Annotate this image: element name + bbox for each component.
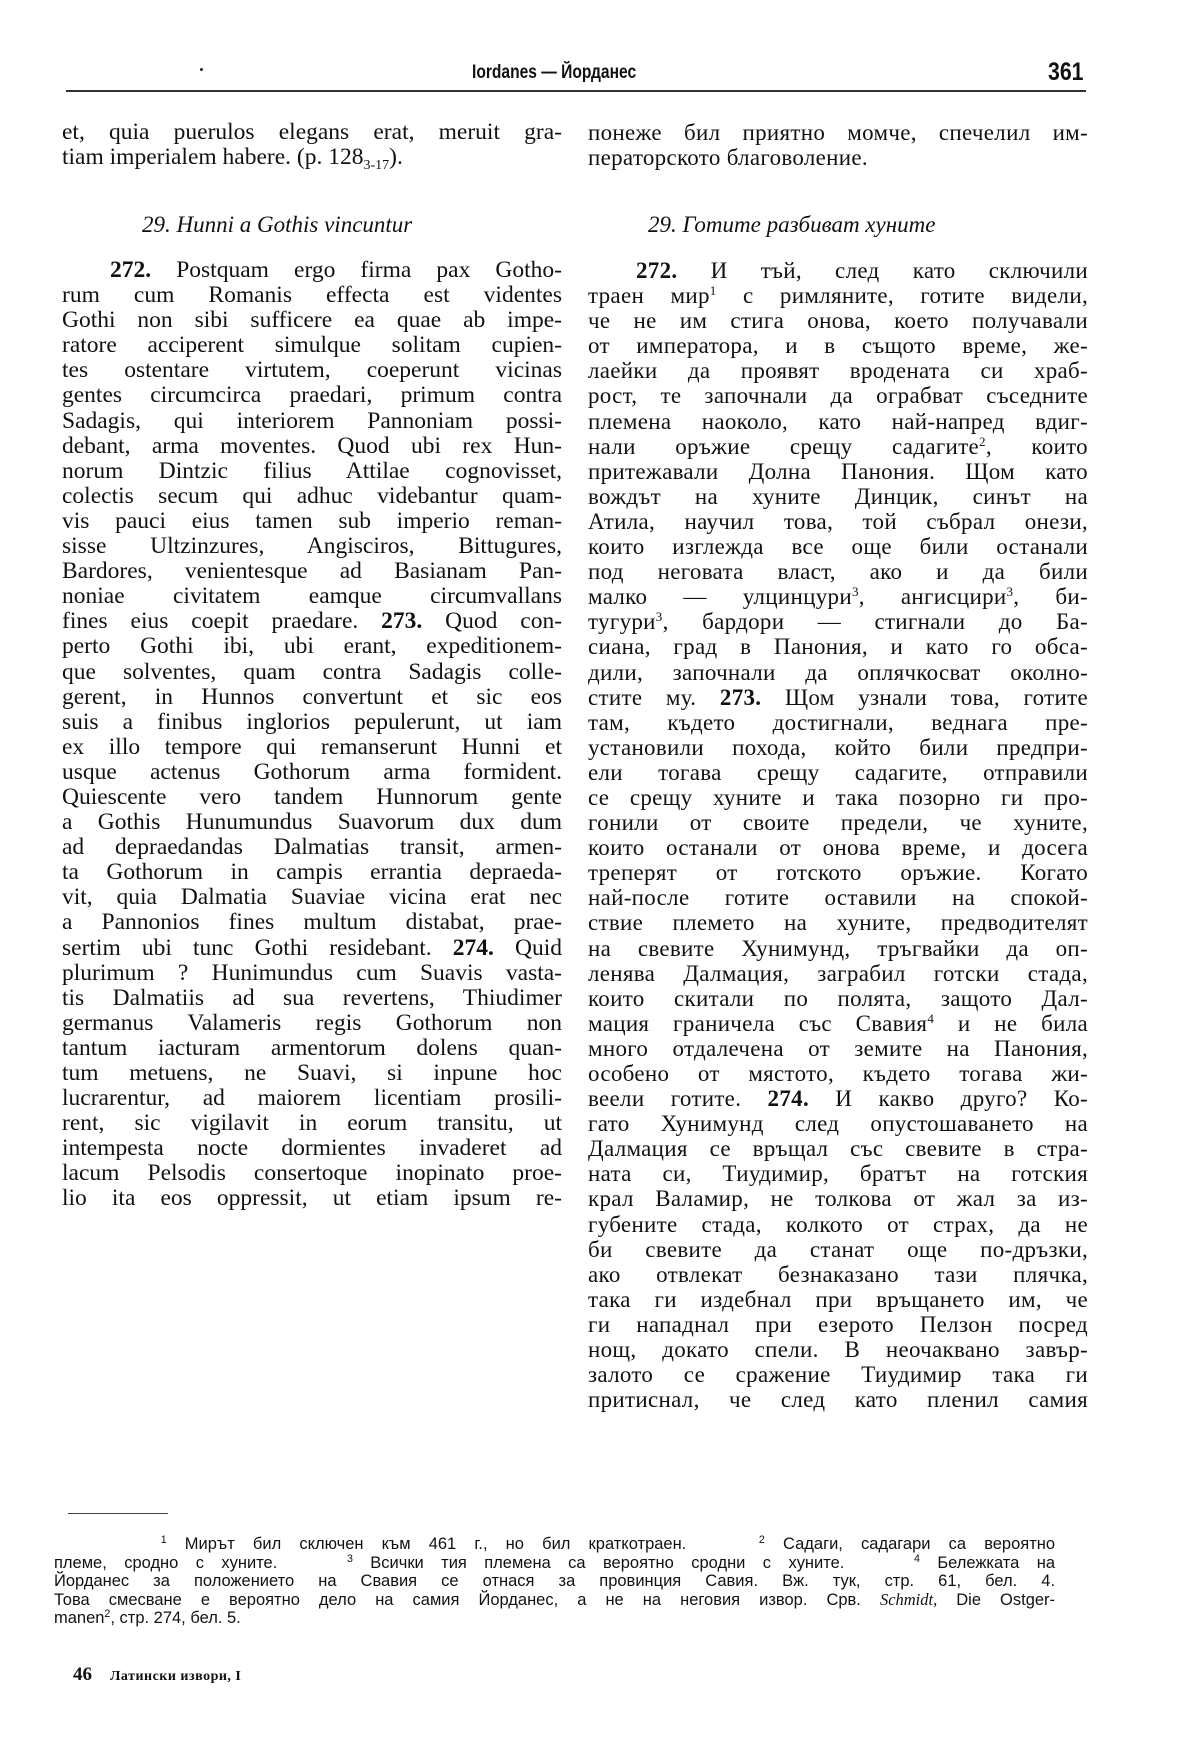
- paragraph-number: 273.: [720, 685, 761, 710]
- text-line: така ги издебнал при връщането им, че: [588, 1287, 1088, 1312]
- section-heading-latin: 29. Hunni a Gothis vincuntur: [142, 212, 412, 238]
- paragraph-number: 273.: [381, 608, 422, 634]
- text-line: вождът на хуните Динцик, синът на: [588, 484, 1088, 509]
- page-subscript: 3-17: [363, 158, 389, 173]
- text-line: траен мир1 с римляните, готите видели,: [588, 283, 1088, 308]
- text-line: tantum iacturam armentorum dolens quan-: [62, 1036, 562, 1061]
- text-line: ленява Далмация, заграбил готски стада,: [588, 961, 1088, 986]
- text-line: tes ostentare virtutem, coeperunt vicina…: [62, 358, 562, 383]
- text-line: веели готите. 274. И какво друго? Ко-: [588, 1086, 1088, 1111]
- text-line: ratore acciperent simulque solitam cupie…: [62, 333, 562, 358]
- text-line: особено от мястото, където тогава жи-: [588, 1061, 1088, 1086]
- text-line: lio ita eos oppressit, ut etiam ipsum re…: [62, 1186, 562, 1211]
- footnote-ref[interactable]: 1: [710, 283, 717, 298]
- text-line: които останали от онова време, и досега: [588, 835, 1088, 860]
- footnote-line: Йорданес за положението на Свавия се отн…: [54, 1572, 1055, 1591]
- text-line: се срещу хуните и така позорно ги про-: [588, 785, 1088, 810]
- text-line: малко — улцинцури3, ангисцири3, би-: [588, 584, 1088, 609]
- text-line: ната си, Тиудимир, братът на готския: [588, 1161, 1088, 1186]
- text-line: intempesta nocte dormientes invaderet ad: [62, 1136, 562, 1161]
- text-line: plurimum ? Hunimundus cum Suavis vasta-: [62, 961, 562, 986]
- text-line: tum metuens, ne Suavi, si inpune hoc: [62, 1061, 562, 1086]
- page-number: 361: [1048, 58, 1083, 87]
- printer-signature: 46 Латински извори, I: [73, 1664, 241, 1686]
- text-line: нощ, докато спели. В неочаквано завър-: [588, 1337, 1088, 1362]
- text-line: ствие племето на хуните, предводителят: [588, 910, 1088, 935]
- text-line: установили похода, който били предпри-: [588, 735, 1088, 760]
- text-line: norum Dintzic filius Attilae cognovisset…: [62, 459, 562, 484]
- text-line: gerent, in Hunnos convertunt et sic eos: [62, 685, 562, 710]
- text-line: Sadagis, qui interiorem Pannoniam possi-: [62, 409, 562, 434]
- footnote-ref[interactable]: 2: [979, 434, 986, 449]
- text-line: губените стада, колкото от страх, да не: [588, 1212, 1088, 1237]
- text-line: мация граничела със Свавия4 и не била: [588, 1011, 1088, 1036]
- paragraph-number: 272.: [110, 257, 151, 283]
- footnote-line: manen2, стр. 274, бел. 5.: [54, 1609, 1055, 1628]
- text-line: ели тогава срещу садагите, отправили: [588, 760, 1088, 785]
- text-line: треперят от готското оръжие. Когато: [588, 860, 1088, 885]
- text-line: залото се сражение Тиудимир така ги: [588, 1362, 1088, 1387]
- latin-body: 272. Postquam ergo firma pax Gotho- rum …: [62, 258, 562, 1212]
- cited-author: Schmidt,: [880, 1590, 937, 1609]
- text-line: на свевите Хунимунд, тръгвайки да оп-: [588, 936, 1088, 961]
- text-line: lacum Pelsodis consertoque inopinato pro…: [62, 1161, 562, 1186]
- text-line: Gothi non sibi sufficere ea quae ab impe…: [62, 308, 562, 333]
- text-line: debant, arma moventes. Quod ubi rex Hun-: [62, 434, 562, 459]
- section-heading-bulgarian: 29. Готите разбиват хуните: [648, 212, 935, 238]
- text-line: племена наоколо, като най-напред вдиг-: [588, 409, 1088, 434]
- signature-title: Латински извори, I: [110, 1669, 241, 1684]
- text-line: че не им стига онова, което получавали: [588, 308, 1088, 333]
- text-line: дили, започнали да оплячкосват околно-: [588, 660, 1088, 685]
- text-line: Далмация се връщал със свевите в стра-: [588, 1136, 1088, 1161]
- footnote-ref[interactable]: 3: [656, 609, 663, 624]
- text-line: sisse Ultzinzures, Angisciros, Bittugure…: [62, 534, 562, 559]
- text-line: ги нападнал при езерото Пелзон посред: [588, 1312, 1088, 1337]
- text-line: colectis secum qui adhuc videbantur quam…: [62, 484, 562, 509]
- text-line: много отдалечена от земите на Панония,: [588, 1036, 1088, 1061]
- text-line: sertim ubi tunc Gothi residebant. 274. Q…: [62, 936, 562, 961]
- text-line: сиана, град в Панония, и като го обса-: [588, 634, 1088, 659]
- text-line: fines eius coepit praedare. 273. Quod co…: [62, 609, 562, 634]
- text-line: притежавали Долна Панония. Щом като: [588, 459, 1088, 484]
- text-line: 272. И тъй, след като сключили: [588, 258, 1088, 283]
- text-line: които скитали по полята, защото Дал-: [588, 986, 1088, 1011]
- text-line: Quiescente vero tandem Hunnorum gente: [62, 785, 562, 810]
- print-speck: [200, 68, 203, 71]
- bulgarian-body: 272. И тъй, след като сключили траен мир…: [588, 258, 1088, 1412]
- text-line: стите му. 273. Щом узнали това, готите: [588, 685, 1088, 710]
- paragraph-number: 274.: [768, 1086, 809, 1111]
- running-head-title: Iordanes — Йорданес: [472, 62, 636, 84]
- text-line: noniae civitatem eamque circumvallans: [62, 584, 562, 609]
- text-line: ta Gothorum in campis errantia depraeda-: [62, 860, 562, 885]
- text-line: que solventes, quam contra Sadagis colle…: [62, 660, 562, 685]
- bulgarian-continuation: понеже бил приятно момче, спечелил им- п…: [588, 120, 1088, 170]
- text-line: vis pauci eius tamen sub imperio reman-: [62, 509, 562, 534]
- text-line: perto Gothi ibi, ubi erant, expeditionem…: [62, 634, 562, 659]
- text-line: rent, sic vigilavit in eorum transitu, u…: [62, 1111, 562, 1136]
- book-page: Iordanes — Йорданес 361 et, quia puerulo…: [0, 0, 1200, 1738]
- text-line: usque actenus Gothorum arma formident.: [62, 760, 562, 785]
- text-line: гонили от своите предели, че хуните,: [588, 810, 1088, 835]
- signature-number: 46: [73, 1664, 92, 1685]
- text-line: тугури3, бардори — стигнали до Ба-: [588, 609, 1088, 634]
- paragraph-number: 272.: [636, 258, 677, 283]
- footnote-ref[interactable]: 3: [852, 584, 859, 599]
- text-line: gentes circumcirca praedari, primum cont…: [62, 383, 562, 408]
- footnotes: 1 Мирът бил сключен към 461 г., но бил к…: [54, 1535, 1055, 1628]
- footnote-line: Това смесване е вероятно дело на самия Й…: [54, 1591, 1055, 1610]
- latin-continuation: et, quia puerulos elegans erat, meruit g…: [62, 120, 562, 170]
- text-line: et, quia puerulos elegans erat, meruit g…: [62, 120, 562, 145]
- text-line: крал Валамир, не толкова от жал за из-: [588, 1186, 1088, 1211]
- text-line: рост, те започнали да ограбват съседните: [588, 383, 1088, 408]
- footnote-line: 1 Мирът бил сключен към 461 г., но бил к…: [54, 1535, 1055, 1554]
- text-line: Атила, научил това, той събрал онези,: [588, 509, 1088, 534]
- text-line: лаейки да проявят вродената си храб-: [588, 358, 1088, 383]
- text-line: tiam imperialem habere. (p. 1283-17).: [62, 145, 562, 170]
- text-line: нали оръжие срещу садагите2, които: [588, 434, 1088, 459]
- text-line: под неговата власт, ако и да били: [588, 559, 1088, 584]
- paragraph-number: 274.: [453, 935, 494, 961]
- text-line: най-после готите оставили на спокой-: [588, 885, 1088, 910]
- text-line: vit, quia Dalmatia Suaviae vicina erat n…: [62, 885, 562, 910]
- text-line: ex illo tempore qui remanserunt Hunni et: [62, 735, 562, 760]
- text-line: там, където достигнали, веднага пре-: [588, 710, 1088, 735]
- footnote-line: племе, сродно с хуните. 3 Всички тия пле…: [54, 1554, 1055, 1573]
- header-rule: [66, 90, 1086, 92]
- text-line: притиснал, че след като пленил самия: [588, 1387, 1088, 1412]
- text-line: germanus Valameris regis Gothorum non: [62, 1011, 562, 1036]
- text-line: suis a finibus inglorios pepulerunt, ut …: [62, 710, 562, 735]
- footnote-separator: [68, 1513, 168, 1514]
- text-line: ad depraedandas Dalmatias transit, armen…: [62, 835, 562, 860]
- text-line: Bardores, venientesque ad Basianam Pan-: [62, 559, 562, 584]
- text-line: ако отвлекат безнаказано тази плячка,: [588, 1262, 1088, 1287]
- text-line: tis Dalmatiis ad sua revertens, Thiudime…: [62, 986, 562, 1011]
- text-line: от императора, и в същото време, же-: [588, 333, 1088, 358]
- text-line: lucrarentur, ad maiorem licentiam prosil…: [62, 1086, 562, 1111]
- text-line: понеже бил приятно момче, спечелил им-: [588, 120, 1088, 145]
- text-line: би свевите да станат още по-дръзки,: [588, 1237, 1088, 1262]
- text-line: a Pannonios fines multum distabat, prae-: [62, 910, 562, 935]
- text-line: които изглежда все още били останали: [588, 534, 1088, 559]
- text-line: ператорското благоволение.: [588, 145, 1088, 170]
- running-head: Iordanes — Йорданес 361: [0, 56, 1200, 86]
- text-line: a Gothis Hunumundus Suavorum dux dum: [62, 810, 562, 835]
- text-line: 272. Postquam ergo firma pax Gotho-: [62, 258, 562, 283]
- text-line: гато Хунимунд след опустошаването на: [588, 1111, 1088, 1136]
- text-line: rum cum Romanis effecta est videntes: [62, 283, 562, 308]
